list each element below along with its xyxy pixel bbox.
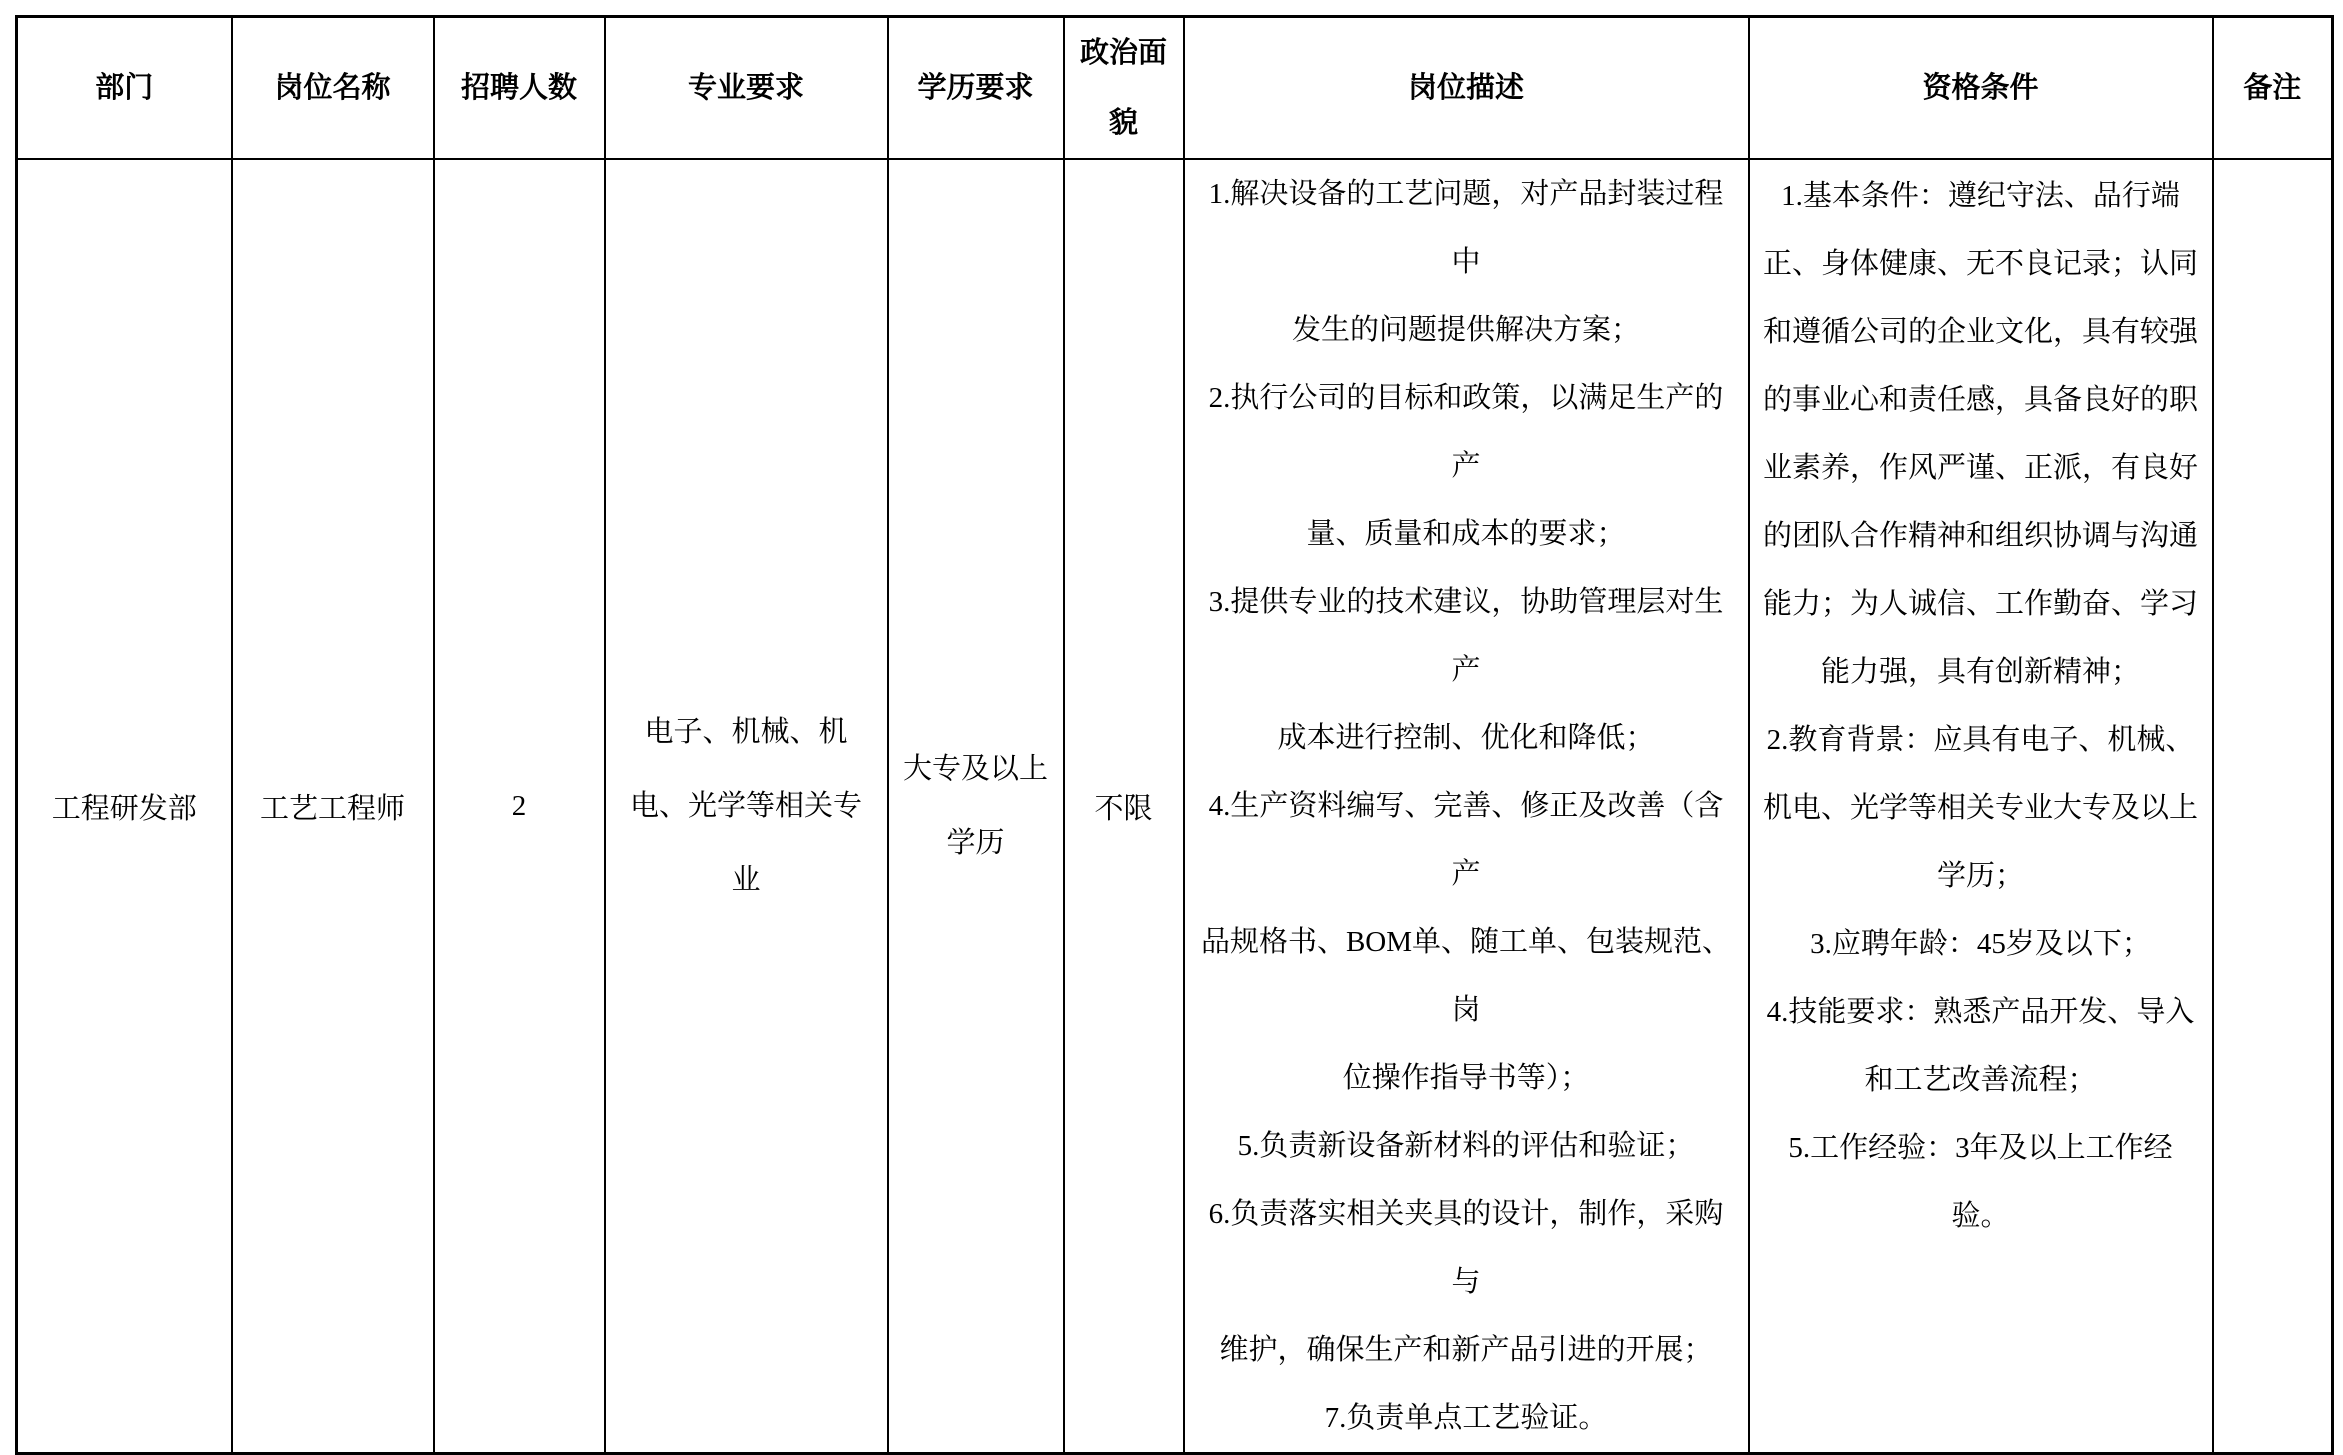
cell-department: 工程研发部 <box>17 159 232 1454</box>
cell-remark <box>2213 159 2333 1454</box>
header-position: 岗位名称 <box>232 17 434 160</box>
cell-political-status: 不限 <box>1064 159 1184 1454</box>
table-row: 工程研发部 工艺工程师 2 电子、机械、机 电、光学等相关专 业 大专及以上 学… <box>17 159 2333 1454</box>
header-education: 学历要求 <box>888 17 1064 160</box>
cell-major: 电子、机械、机 电、光学等相关专 业 <box>605 159 888 1454</box>
cell-qualifications: 1.基本条件：遵纪守法、品行端 正、身体健康、无不良记录；认同 和遵循公司的企业… <box>1749 159 2213 1454</box>
cell-position: 工艺工程师 <box>232 159 434 1454</box>
cell-headcount: 2 <box>434 159 605 1454</box>
header-job-description: 岗位描述 <box>1184 17 1749 160</box>
header-major: 专业要求 <box>605 17 888 160</box>
header-political-status: 政治面貌 <box>1064 17 1184 160</box>
header-remark: 备注 <box>2213 17 2333 160</box>
header-headcount: 招聘人数 <box>434 17 605 160</box>
cell-education: 大专及以上 学历 <box>888 159 1064 1454</box>
cell-job-description: 1.解决设备的工艺问题，对产品封装过程中 发生的问题提供解决方案； 2.执行公司… <box>1184 159 1749 1454</box>
header-department: 部门 <box>17 17 232 160</box>
header-qualifications: 资格条件 <box>1749 17 2213 160</box>
table-header-row: 部门 岗位名称 招聘人数 专业要求 学历要求 政治面貌 岗位描述 资格条件 备注 <box>17 17 2333 160</box>
recruitment-table: 部门 岗位名称 招聘人数 专业要求 学历要求 政治面貌 岗位描述 资格条件 备注… <box>15 15 2334 1455</box>
